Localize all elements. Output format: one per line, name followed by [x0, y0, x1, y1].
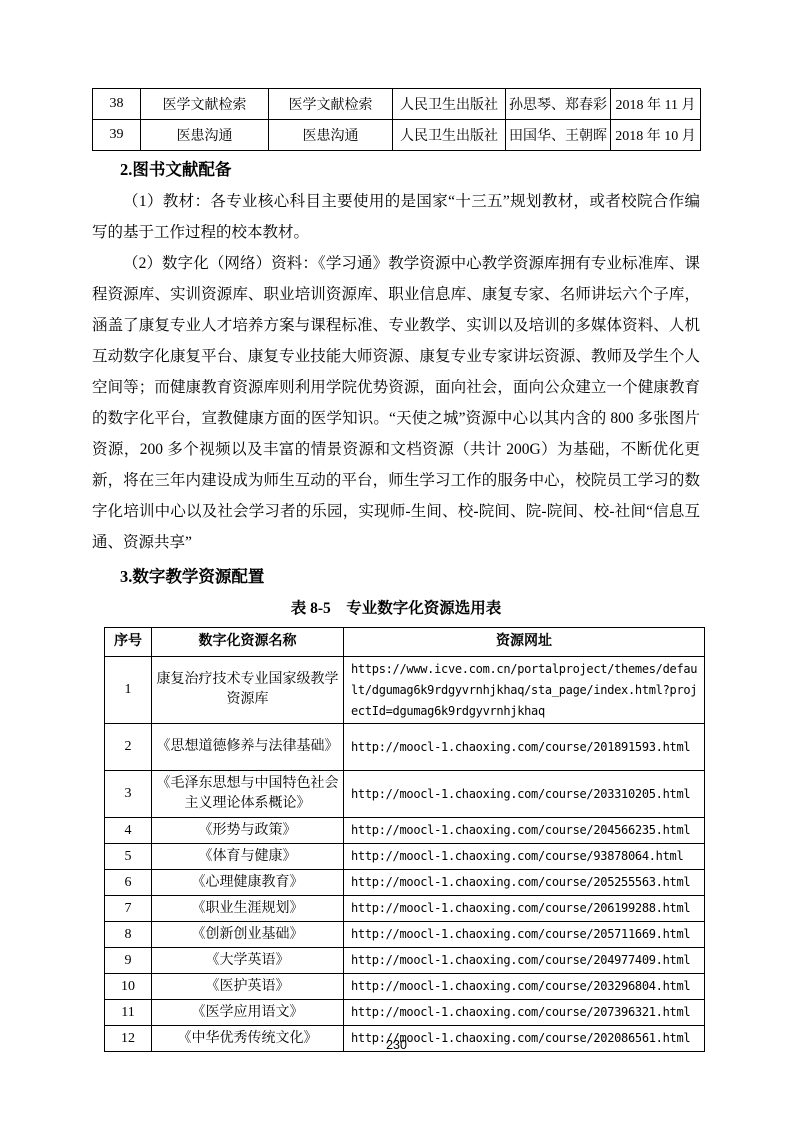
cell-resource-url: http://moocl-1.chaoxing.com/course/20497…	[344, 948, 705, 974]
cell-resource-name: 《创新创业基础》	[152, 922, 344, 948]
cell-date: 2018 年 10 月	[611, 120, 701, 151]
digital-resource-table: 序号 数字化资源名称 资源网址 1 康复治疗技术专业国家级教学资源库 https…	[104, 627, 705, 1052]
cell-serial: 7	[105, 896, 152, 922]
cell-course: 医患沟通	[141, 120, 269, 151]
cell-resource-name: 《思想道德修养与法律基础》	[152, 724, 344, 771]
table-caption: 表 8-5 专业数字化资源选用表	[92, 597, 700, 621]
cell-serial: 8	[105, 922, 152, 948]
table-row: 5 《体育与健康》 http://moocl-1.chaoxing.com/co…	[105, 844, 705, 870]
table-row: 7 《职业生涯规划》 http://moocl-1.chaoxing.com/c…	[105, 896, 705, 922]
header-resource-url: 资源网址	[344, 628, 705, 657]
page-content: 38 医学文献检索 医学文献检索 人民卫生出版社 孙思琴、郑春彩 2018 年 …	[92, 88, 700, 1052]
cell-course: 医学文献检索	[141, 89, 269, 120]
document-page: 38 医学文献检索 医学文献检索 人民卫生出版社 孙思琴、郑春彩 2018 年 …	[0, 0, 793, 1122]
cell-resource-name: 《毛泽东思想与中国特色社会主义理论体系概论》	[152, 771, 344, 818]
cell-resource-name: 《医护英语》	[152, 974, 344, 1000]
cell-textbook: 医学文献检索	[269, 89, 393, 120]
table-row: 8 《创新创业基础》 http://moocl-1.chaoxing.com/c…	[105, 922, 705, 948]
header-resource-name: 数字化资源名称	[152, 628, 344, 657]
table-row: 9 《大学英语》 http://moocl-1.chaoxing.com/cou…	[105, 948, 705, 974]
section-heading-digital-teaching: 3.数字教学资源配置	[120, 565, 700, 589]
cell-serial: 3	[105, 771, 152, 818]
cell-serial: 5	[105, 844, 152, 870]
cell-resource-url: http://moocl-1.chaoxing.com/course/93878…	[344, 844, 705, 870]
cell-serial: 4	[105, 818, 152, 844]
table-row: 2 《思想道德修养与法律基础》 http://moocl-1.chaoxing.…	[105, 724, 705, 771]
cell-publisher: 人民卫生出版社	[393, 120, 506, 151]
cell-publisher: 人民卫生出版社	[393, 89, 506, 120]
cell-authors: 田国华、王朝晖	[506, 120, 611, 151]
cell-serial: 10	[105, 974, 152, 1000]
cell-resource-name: 《体育与健康》	[152, 844, 344, 870]
cell-resource-url: https://www.icve.com.cn/portalproject/th…	[344, 657, 705, 724]
cell-resource-name: 《职业生涯规划》	[152, 896, 344, 922]
table-row: 38 医学文献检索 医学文献检索 人民卫生出版社 孙思琴、郑春彩 2018 年 …	[93, 89, 701, 120]
table-row: 10 《医护英语》 http://moocl-1.chaoxing.com/co…	[105, 974, 705, 1000]
cell-resource-url: http://moocl-1.chaoxing.com/course/20739…	[344, 1000, 705, 1026]
cell-serial: 6	[105, 870, 152, 896]
cell-resource-name: 康复治疗技术专业国家级教学资源库	[152, 657, 344, 724]
cell-resource-url: http://moocl-1.chaoxing.com/course/20571…	[344, 922, 705, 948]
table-row: 11 《医学应用语文》 http://moocl-1.chaoxing.com/…	[105, 1000, 705, 1026]
table-row: 4 《形势与政策》 http://moocl-1.chaoxing.com/co…	[105, 818, 705, 844]
cell-resource-name: 《大学英语》	[152, 948, 344, 974]
cell-authors: 孙思琴、郑春彩	[506, 89, 611, 120]
table-row: 3 《毛泽东思想与中国特色社会主义理论体系概论》 http://moocl-1.…	[105, 771, 705, 818]
page-number: 230	[0, 1038, 793, 1052]
paragraph-textbooks: （1）教材：各专业核心科目主要使用的是国家“十三五”规划教材，或者校院合作编写的…	[92, 186, 700, 248]
table-row: 6 《心理健康教育》 http://moocl-1.chaoxing.com/c…	[105, 870, 705, 896]
cell-resource-name: 《形势与政策》	[152, 818, 344, 844]
table-row: 39 医患沟通 医患沟通 人民卫生出版社 田国华、王朝晖 2018 年 10 月	[93, 120, 701, 151]
cell-resource-url: http://moocl-1.chaoxing.com/course/20619…	[344, 896, 705, 922]
cell-serial: 2	[105, 724, 152, 771]
cell-serial: 9	[105, 948, 152, 974]
continued-textbook-table: 38 医学文献检索 医学文献检索 人民卫生出版社 孙思琴、郑春彩 2018 年 …	[92, 88, 701, 151]
cell-resource-url: http://moocl-1.chaoxing.com/course/20189…	[344, 724, 705, 771]
cell-date: 2018 年 11 月	[611, 89, 701, 120]
cell-resource-name: 《医学应用语文》	[152, 1000, 344, 1026]
cell-serial: 39	[93, 120, 141, 151]
cell-resource-url: http://moocl-1.chaoxing.com/course/20456…	[344, 818, 705, 844]
table-header-row: 序号 数字化资源名称 资源网址	[105, 628, 705, 657]
cell-serial: 11	[105, 1000, 152, 1026]
cell-resource-url: http://moocl-1.chaoxing.com/course/20525…	[344, 870, 705, 896]
cell-resource-url: http://moocl-1.chaoxing.com/course/20329…	[344, 974, 705, 1000]
cell-serial: 38	[93, 89, 141, 120]
table-row: 1 康复治疗技术专业国家级教学资源库 https://www.icve.com.…	[105, 657, 705, 724]
paragraph-digital-resources: （2）数字化（网络）资料：《学习通》教学资源中心教学资源库拥有专业标准库、课程资…	[92, 248, 700, 558]
cell-textbook: 医患沟通	[269, 120, 393, 151]
header-serial: 序号	[105, 628, 152, 657]
cell-resource-url: http://moocl-1.chaoxing.com/course/20331…	[344, 771, 705, 818]
section-heading-books: 2.图书文献配备	[120, 158, 700, 182]
cell-resource-name: 《心理健康教育》	[152, 870, 344, 896]
cell-serial: 1	[105, 657, 152, 724]
